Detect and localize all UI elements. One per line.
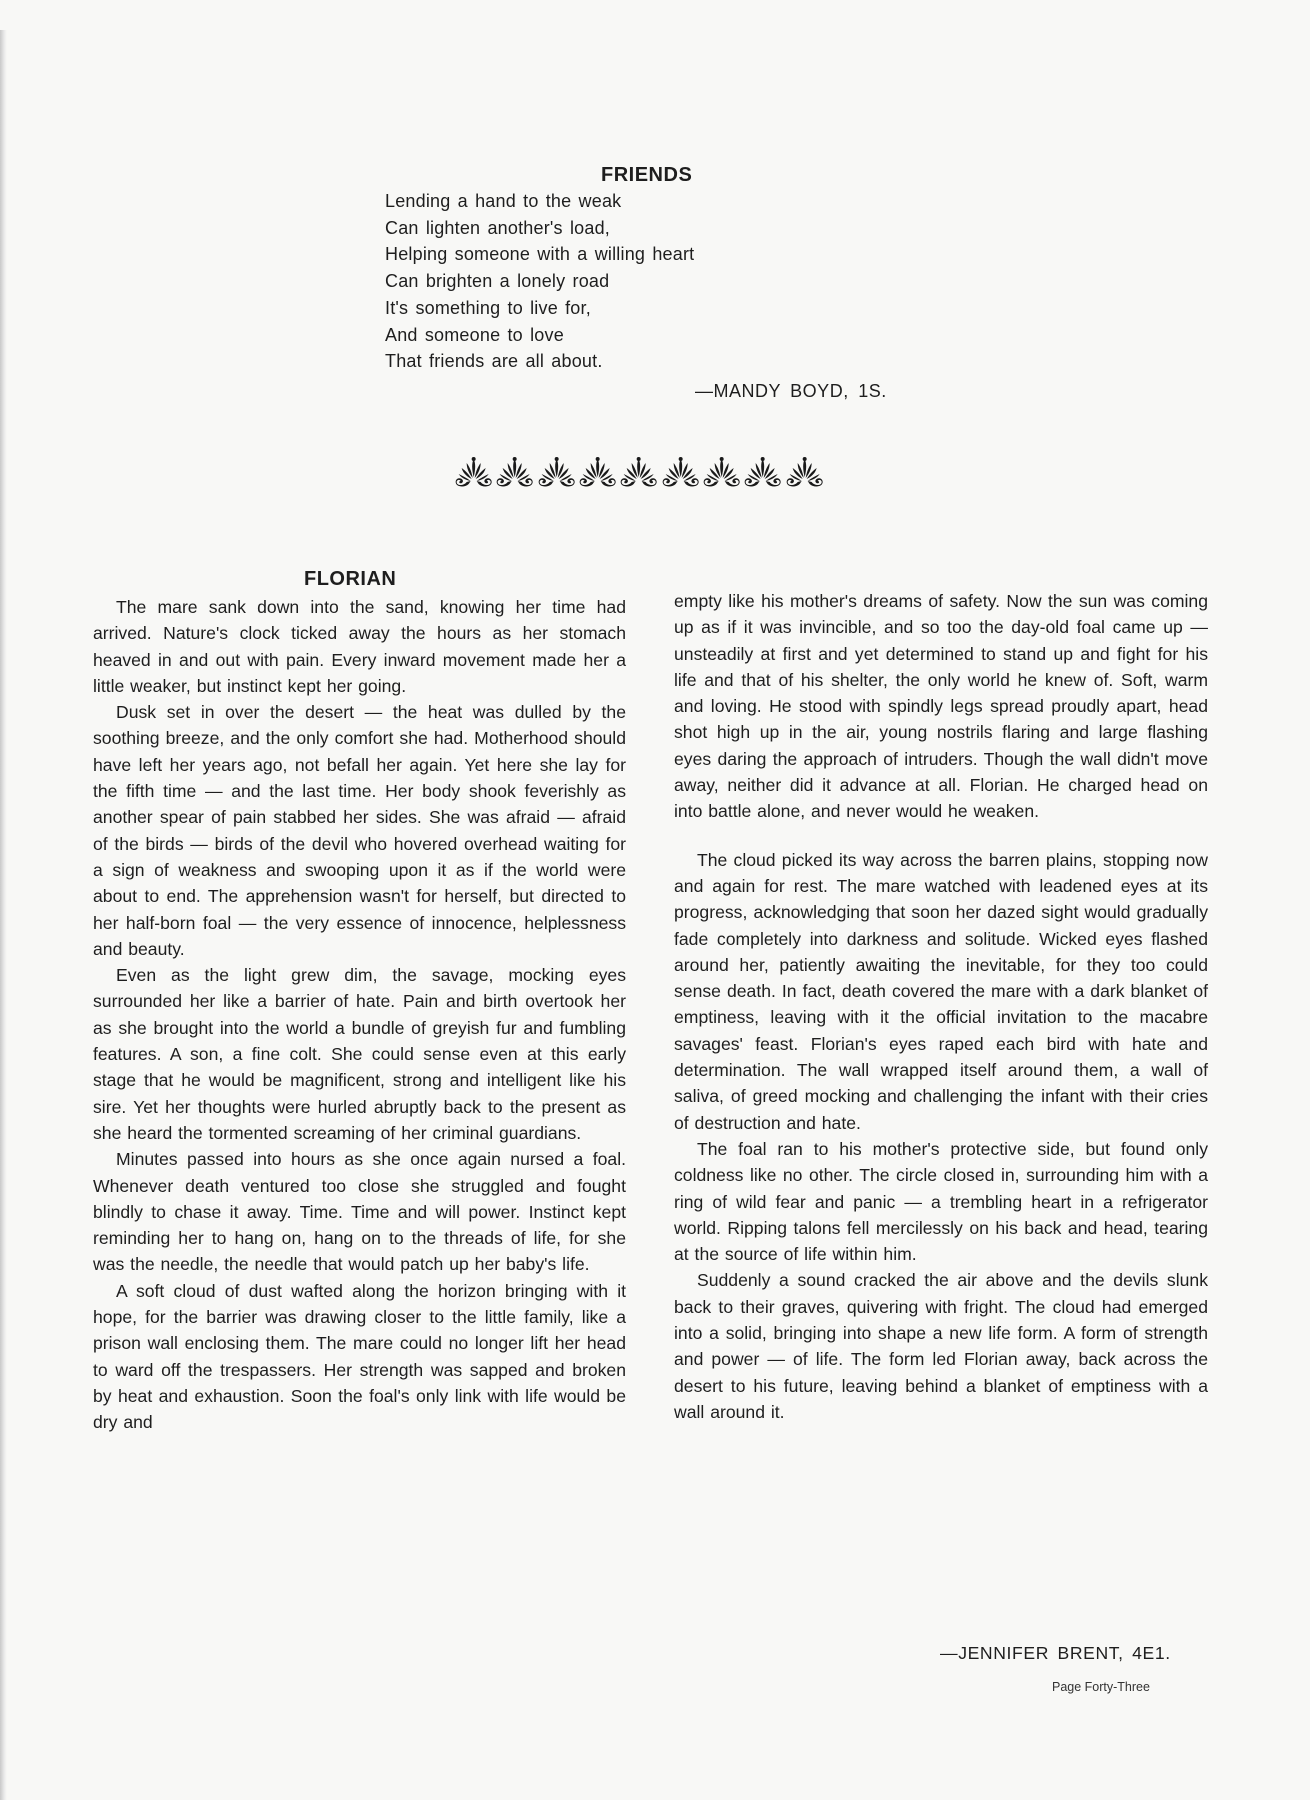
poem-line: Helping someone with a willing heart — [385, 241, 925, 268]
story-author: —JENNIFER BRENT, 4E1. — [940, 1643, 1171, 1664]
story-paragraph: Minutes passed into hours as she once ag… — [93, 1146, 626, 1277]
story-left-column: The mare sank down into the sand, knowin… — [93, 594, 626, 1436]
story-title: FLORIAN — [304, 568, 396, 591]
story-paragraph: Even as the light grew dim, the savage, … — [93, 962, 626, 1146]
story-paragraph: The mare sank down into the sand, knowin… — [93, 594, 626, 699]
poem-line: That friends are all about. — [385, 348, 925, 375]
poem-line: Can brighten a lonely road — [385, 268, 925, 295]
poem-author: —MANDY BOYD, 1S. — [695, 378, 925, 404]
story-paragraph: Suddenly a sound cracked the air above a… — [674, 1267, 1208, 1425]
poem-line: Can lighten another's load, — [385, 215, 925, 242]
page-number: Page Forty-Three — [1052, 1680, 1150, 1694]
page-edge-shadow — [0, 30, 7, 1800]
poem-line: It's something to live for, — [385, 295, 925, 322]
palmette-border-ornament-icon — [453, 455, 825, 489]
story-right-column: empty like his mother's dreams of safety… — [674, 588, 1208, 1425]
poem-line: And someone to love — [385, 322, 925, 349]
poem-line: Lending a hand to the weak — [385, 188, 925, 215]
story-paragraph: A soft cloud of dust wafted along the ho… — [93, 1278, 626, 1436]
poem-title: FRIENDS — [601, 162, 925, 188]
story-paragraph: empty like his mother's dreams of safety… — [674, 588, 1208, 825]
story-paragraph: The cloud picked its way across the barr… — [674, 847, 1208, 1136]
story-paragraph: The foal ran to his mother's protective … — [674, 1136, 1208, 1267]
story-paragraph: Dusk set in over the desert — the heat w… — [93, 699, 626, 962]
poem-friends: FRIENDS Lending a hand to the weak Can l… — [385, 162, 925, 404]
